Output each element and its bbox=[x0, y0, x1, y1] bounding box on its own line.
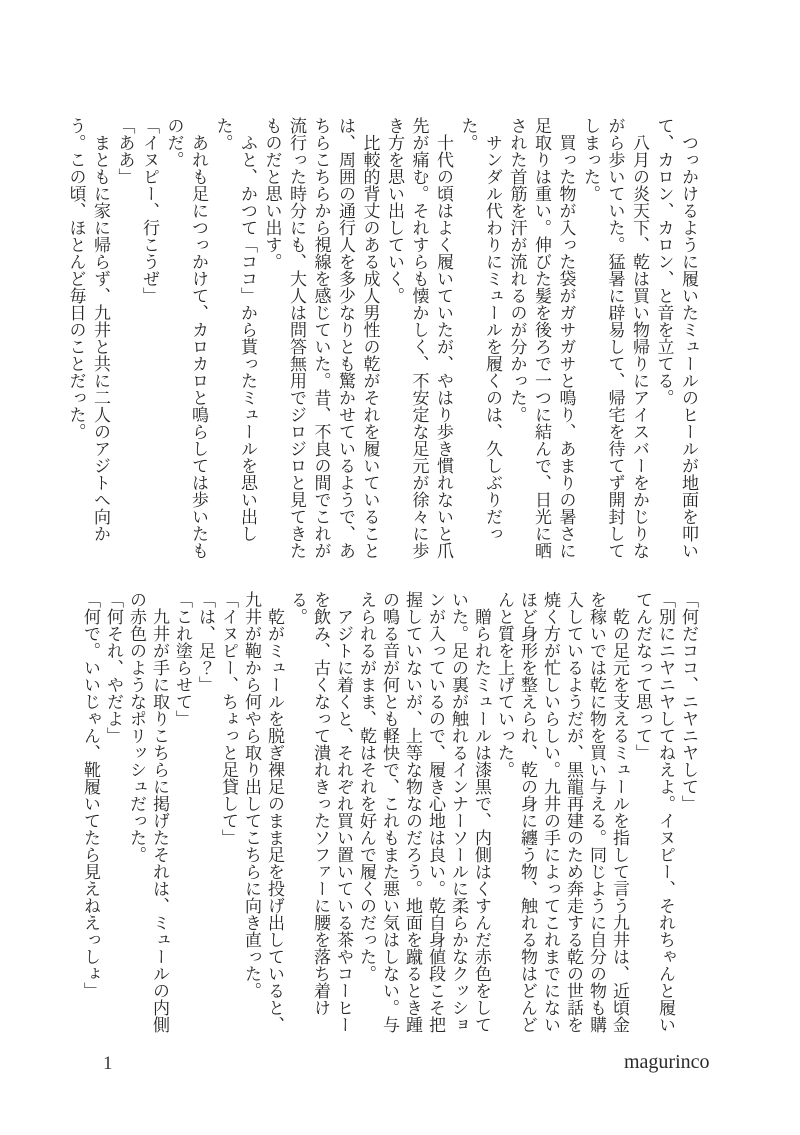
dialogue-paragraph: 「イヌピー、ちょっと足貸して」 bbox=[217, 591, 240, 1037]
dialogue-paragraph: 「イヌピー、行こうぜ」 bbox=[137, 117, 162, 563]
paragraph: アジトに着くと、それぞれ買い置いている茶やコーヒーを飲み、古くなって潰れきったソ… bbox=[286, 591, 355, 1037]
paragraph: つっかけるように履いたミュールのヒールが地面を叩いて、カロン、カロン、と音を立て… bbox=[651, 117, 700, 563]
paragraph: サンダル代わりにミュールを履くのは、久しぶりだった。 bbox=[455, 117, 504, 563]
paragraph: まともに家に帰らず、九井と共に二人のアジトへ向かう。この頃、ほとんど毎日のことだ… bbox=[63, 117, 112, 563]
dialogue-paragraph: 「これ塗らせて」 bbox=[171, 591, 194, 1037]
vertical-text-tier-upper: つっかけるように履いたミュールのヒールが地面を叩いて、カロン、カロン、と音を立て… bbox=[63, 117, 700, 563]
paragraph: 九井が手に取りこちらに掲げたそれは、ミュールの内側の赤色のようなポリッシュだった… bbox=[125, 591, 171, 1037]
paragraph: あれも足につっかけて、カロカロと鳴らしては歩いたものだ。 bbox=[161, 117, 210, 563]
dialogue-paragraph: 「何だココ、ニヤニヤして」 bbox=[677, 591, 700, 1037]
dialogue-paragraph: 「は、足？」 bbox=[194, 591, 217, 1037]
author-credit: magurinco bbox=[624, 1051, 710, 1074]
dialogue-paragraph: 「ああ」 bbox=[112, 117, 137, 563]
dialogue-paragraph: 「何それ、やだよ」 bbox=[102, 591, 125, 1037]
paragraph: 買った物が入った袋がガサガサと鳴り、あまりの暑さに足取りは重い。伸びた髪を後ろで… bbox=[504, 117, 578, 563]
novel-page: つっかけるように履いたミュールのヒールが地面を叩いて、カロン、カロン、と音を立て… bbox=[0, 0, 800, 1135]
vertical-text-tier-lower: 「何だココ、ニヤニヤして」 「別にニヤニヤしてねえよ。イヌピー、それちゃんと履い… bbox=[79, 591, 700, 1037]
paragraph: 贈られたミュールは漆黒で、内側はくすんだ赤色をしていた。足の裏が触れるインナーソ… bbox=[355, 591, 493, 1037]
page-number: 1 bbox=[103, 1053, 113, 1075]
paragraph: 乾の足元を支えるミュールを指して言う九井は、近頃金を稼いでは乾に物を買い与える。… bbox=[493, 591, 631, 1037]
paragraph: ふと、かつて「ココ」から貰ったミュールを思い出した。 bbox=[210, 117, 259, 563]
paragraph: 乾がミュールを脱ぎ裸足のまま足を投げ出していると、九井が鞄から何やら取り出してこ… bbox=[240, 591, 286, 1037]
dialogue-paragraph: 「何で。いいじゃん、靴履いてたら見えねえっしょ」 bbox=[79, 591, 102, 1037]
dialogue-paragraph: 「別にニヤニヤしてねえよ。イヌピー、それちゃんと履いてんだなって思って」 bbox=[631, 591, 677, 1037]
paragraph: 八月の炎天下、乾は買い物帰りにアイスバーをかじりながら歩いていた。猛暑に辟易して… bbox=[578, 117, 652, 563]
paragraph: 比較的背丈のある成人男性の乾がそれを履いていることは、周囲の通行人を多少なりとも… bbox=[259, 117, 382, 563]
paragraph: 十代の頃はよく履いていたが、やはり歩き慣れないと爪先が痛む。それすらも懐かしく、… bbox=[382, 117, 456, 563]
